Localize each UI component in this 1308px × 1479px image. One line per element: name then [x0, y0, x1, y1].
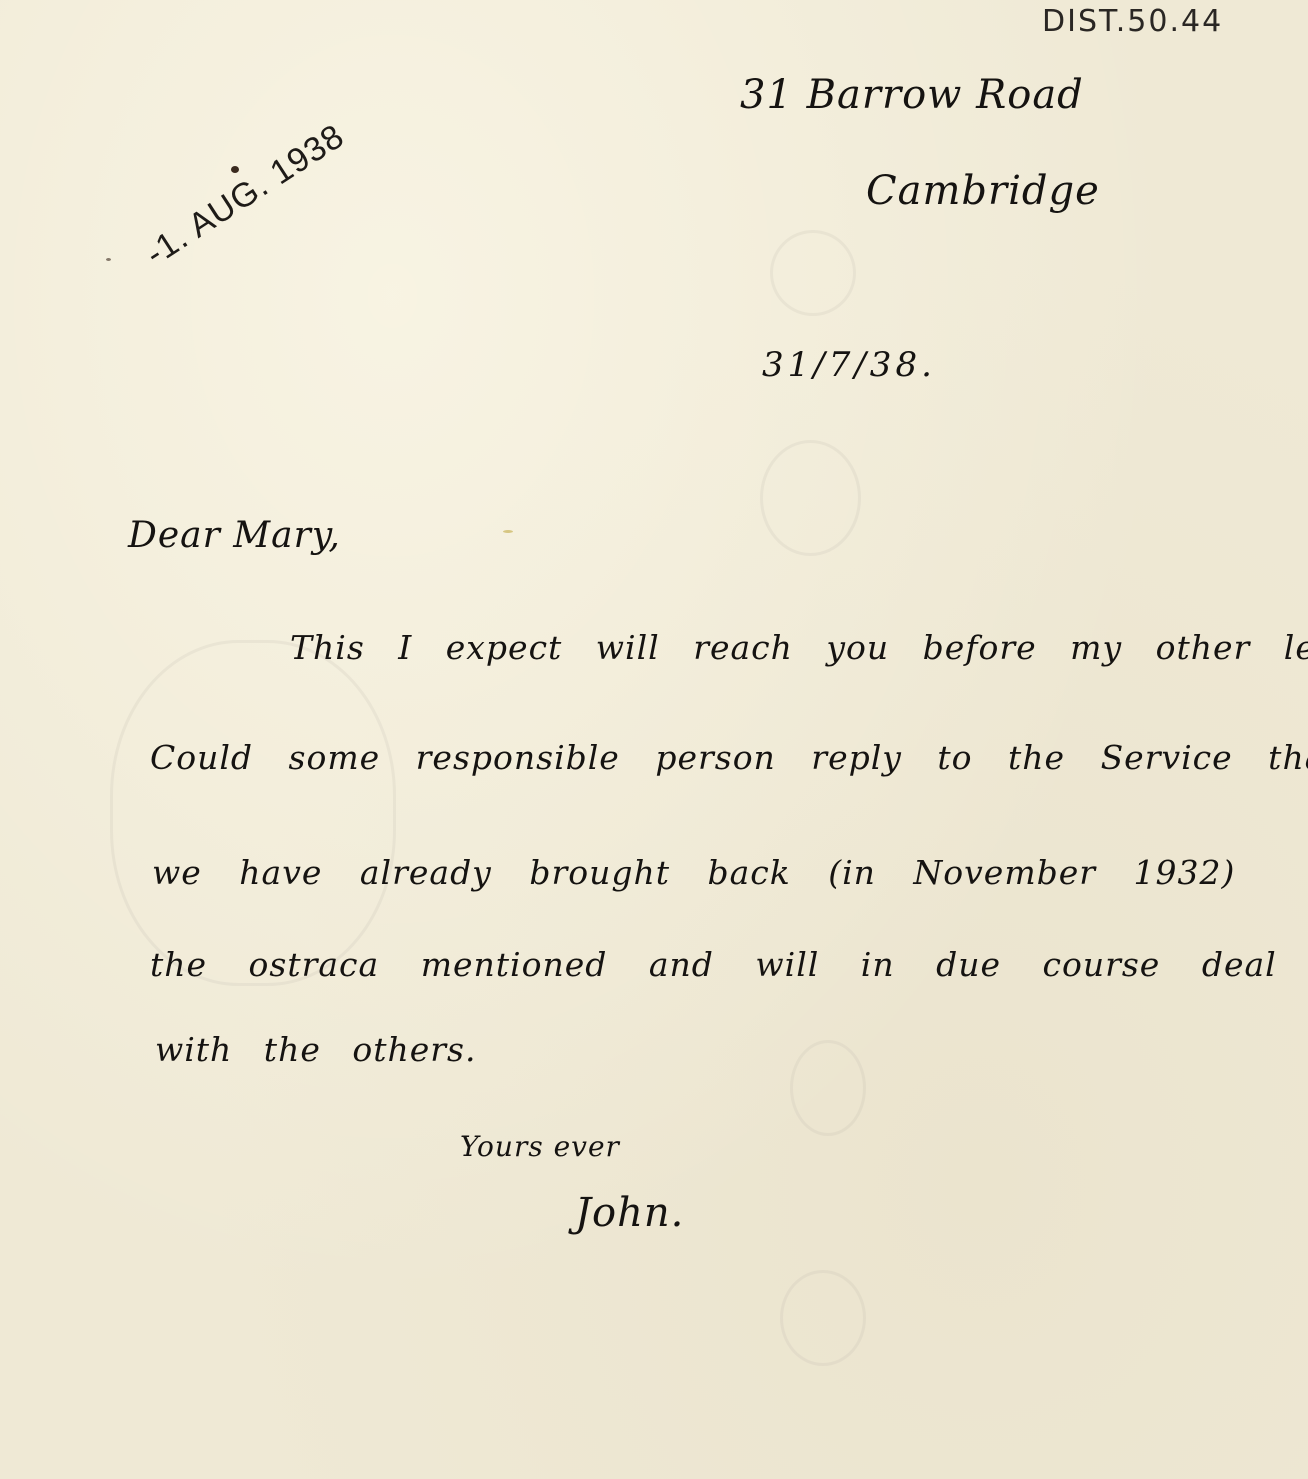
body-line: Could some responsible person reply to t… [150, 738, 1308, 777]
ink-speck [106, 258, 111, 261]
watermark-ring [760, 440, 861, 556]
archive-reference-number: DIST.50.44 [1042, 4, 1223, 39]
address-city: Cambridge [866, 168, 1100, 214]
letter-page: DIST.50.44 31 Barrow Road Cambridge -1. … [0, 0, 1308, 1479]
body-line: with the others. [155, 1030, 476, 1069]
signature: John. [575, 1190, 684, 1236]
ink-speck [231, 166, 239, 173]
salutation: Dear Mary, [128, 515, 341, 556]
body-line: This I expect will reach you before my o… [290, 628, 1308, 667]
body-line: the ostraca mentioned and will in due co… [150, 945, 1277, 984]
body-line: we have already brought back (in Novembe… [152, 853, 1235, 892]
ink-speck [503, 530, 513, 533]
watermark-ring [790, 1040, 866, 1136]
received-date-stamp: -1. AUG. 1938 [139, 117, 352, 274]
address-street: 31 Barrow Road [740, 72, 1084, 118]
closing: Yours ever [460, 1130, 620, 1163]
watermark-ring [770, 230, 856, 316]
watermark-ring [110, 640, 396, 986]
watermark-ring [780, 1270, 866, 1366]
letter-date: 31/7/38. [762, 345, 936, 385]
